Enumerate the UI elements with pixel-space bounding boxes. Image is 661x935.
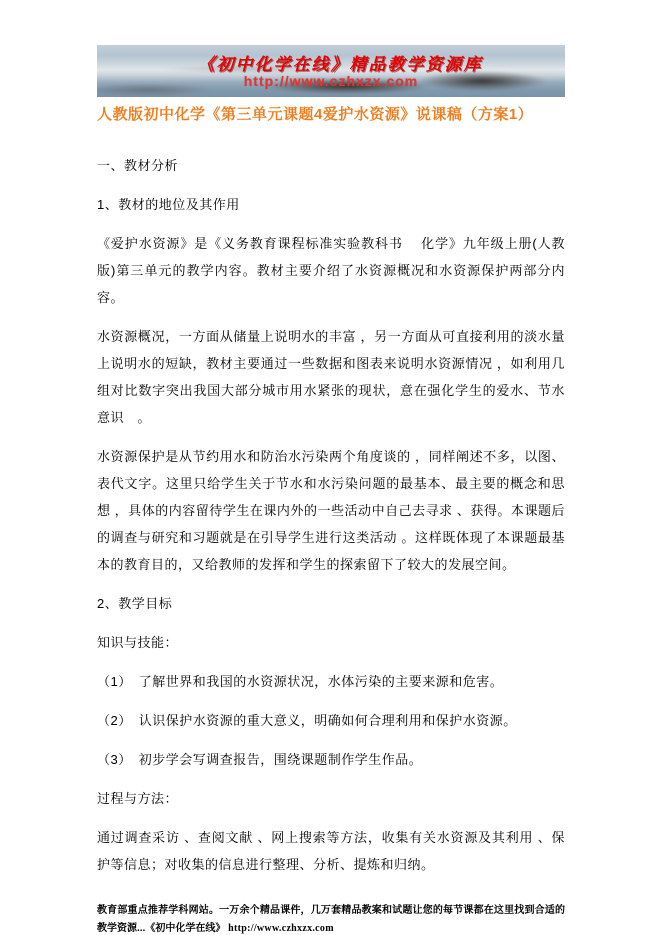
list-item: （2） 认识保护水资源的重大意义，明确如何合理利用和保护水资源。 (97, 707, 565, 734)
label-process-methods: 过程与方法： (97, 785, 565, 812)
header-banner-image: 《初中化学在线》精品教学资源库 http://www.czhxzx.com (97, 45, 565, 97)
footer-url: http://www.czhxzx.com (228, 923, 334, 934)
list-item: （3） 初步学会写调查报告，围绕课题制作学生作品。 (97, 746, 565, 773)
body-paragraph: 水资源保护是从节约用水和防治水污染两个角度谈的 ，同样阐述不多，以图、表代文字。… (97, 443, 565, 578)
body-paragraph: 《爱护水资源》是《义务教育课程标准实验教科书 化学》九年级上册(人教版)第三单元… (97, 230, 565, 311)
page-title: 人教版初中化学《第三单元课题4爱护水资源》说课稿（方案1） (97, 104, 565, 126)
body-paragraph: 水资源概况，一方面从储量上说明水的丰富 ，另一方面从可直接利用的淡水量上说明水的… (97, 323, 565, 431)
label-knowledge-skills: 知识与技能： (97, 629, 565, 656)
body-paragraph: 通过调查采访 、查阅文献 、网上搜索等方法，收集有关水资源及其利用 、保护等信息… (97, 824, 565, 878)
banner-site-name: 《初中化学在线》精品教学资源库 (115, 50, 565, 75)
banner-site-url: http://www.czhxzx.com (97, 73, 565, 89)
list-item: （1） 了解世界和我国的水资源状况，水体污染的主要来源和危害。 (97, 668, 565, 695)
document-page: 《初中化学在线》精品教学资源库 http://www.czhxzx.com 人教… (0, 0, 661, 935)
section-heading-material-analysis: 一、教材分析 (97, 152, 565, 179)
footer-tagline: 教育部重点推荐学科网站。一万余个精品课件，几万套精品教案和试题让您的每节课都在这… (97, 902, 565, 935)
subsection-heading-material-role: 1、教材的地位及其作用 (97, 191, 565, 218)
subsection-heading-teaching-goals: 2、教学目标 (97, 590, 565, 617)
